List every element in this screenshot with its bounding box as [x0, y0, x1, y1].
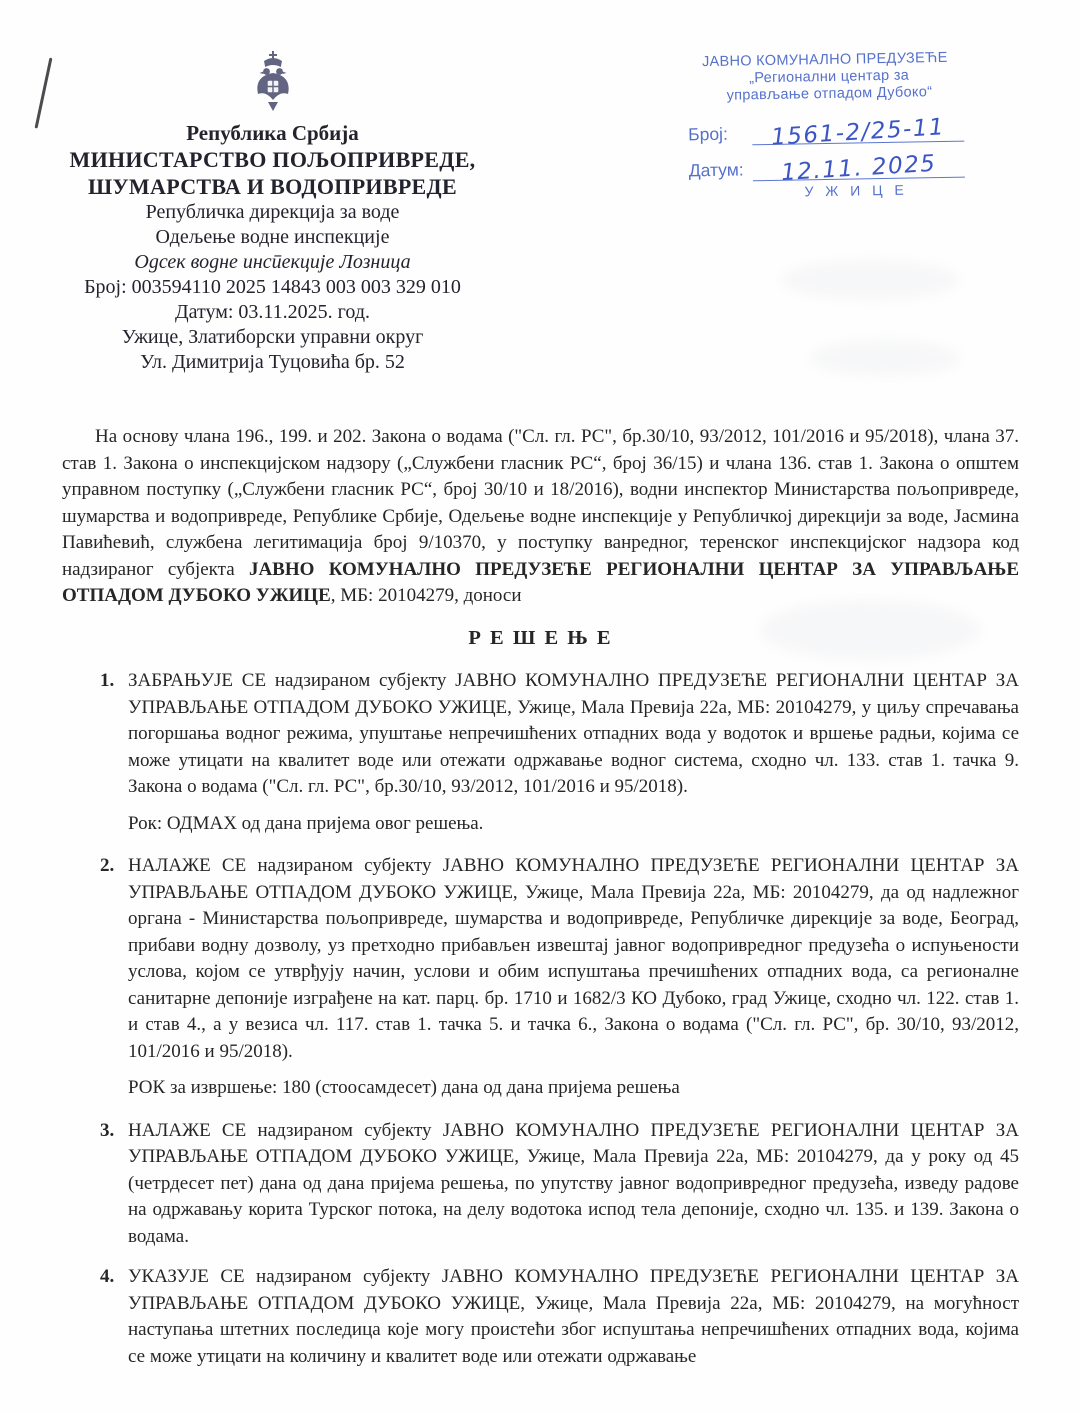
letterhead-directorate: Републичка дирекција за воде	[0, 200, 545, 225]
item-text: УКАЗУЈЕ СЕ надзираном субјекту ЈАВНО КОМ…	[128, 1264, 1019, 1370]
scan-smudge	[780, 260, 960, 300]
stamp-organization: ЈАВНО КОМУНАЛНО ПРЕДУЗЕЋЕ „Регионални це…	[687, 50, 964, 106]
letterhead: Република Србија МИНИСТАРСТВО ПОЉОПРИВРЕ…	[0, 50, 545, 375]
decision-item-3: 3. НАЛАЖЕ СЕ надзираном субјекту ЈАВНО К…	[62, 1118, 1019, 1251]
decision-item-2: 2. НАЛАЖЕ СЕ надзираном субјекту ЈАВНО К…	[62, 853, 1019, 1065]
stamp-number-label: Број:	[688, 123, 752, 146]
item-number: 4.	[100, 1264, 128, 1370]
document-title: Р Е Ш Е Њ Е	[62, 625, 1019, 652]
letterhead-section: Одсек водне инспекције Лозница	[0, 250, 545, 275]
item-number: 3.	[100, 1118, 128, 1251]
receipt-stamp: ЈАВНО КОМУНАЛНО ПРЕДУЗЕЋЕ „Регионални це…	[687, 50, 966, 202]
item-text: ЗАБРАЊУЈЕ СЕ надзираном субјекту ЈАВНО К…	[128, 668, 1019, 801]
legal-basis-paragraph: На основу члана 196., 199. и 202. Закона…	[62, 424, 1019, 610]
scan-smudge	[810, 340, 960, 376]
handwritten-number: 1561-2/25-11	[752, 114, 965, 151]
deadline-line-1: Рок: ОДМАХ од дана пријема овог решења.	[128, 811, 1019, 838]
stamp-number-line: 1561-2/25-11	[752, 115, 964, 146]
item-text: НАЛАЖЕ СЕ надзираном субјекту ЈАВНО КОМУ…	[128, 1118, 1019, 1251]
decision-item-1: 1. ЗАБРАЊУЈЕ СЕ надзираном субјекту ЈАВН…	[62, 668, 1019, 801]
letterhead-department: Одељење водне инспекције	[0, 225, 545, 250]
item-number: 2.	[100, 853, 128, 1065]
scanned-document-page: Република Србија МИНИСТАРСТВО ПОЉОПРИВРЕ…	[0, 0, 1080, 1414]
stamp-date-line: 12.11. 2025	[752, 151, 964, 182]
item-number: 1.	[100, 668, 128, 801]
letterhead-date: Датум: 03.11.2025. год.	[0, 300, 545, 325]
decision-item-4: 4. УКАЗУЈЕ СЕ надзираном субјекту ЈАВНО …	[62, 1264, 1019, 1370]
letterhead-city: Ужице, Златиборски управни округ	[0, 325, 545, 350]
letterhead-address: Ул. Димитрија Туцовића бр. 52	[0, 350, 545, 375]
document-body: На основу члана 196., 199. и 202. Закона…	[62, 424, 1019, 1384]
item-text: НАЛАЖЕ СЕ надзираном субјекту ЈАВНО КОМУ…	[128, 853, 1019, 1065]
letterhead-ministry-1: МИНИСТАРСТВО ПОЉОПРИВРЕДЕ,	[0, 146, 545, 173]
stamp-org-line: управљање отпадом Дубоко“	[695, 84, 963, 106]
deadline-line-2: РОК за извршење: 180 (стоосамдесет) дана…	[128, 1075, 1019, 1102]
serbia-coat-of-arms-icon	[0, 50, 545, 118]
letterhead-ministry-2: ШУМАРСТВА И ВОДОПРИВРЕДЕ	[0, 173, 545, 200]
stamp-date-label: Датум:	[689, 159, 753, 182]
stamp-city: У Ж И Ц Е	[689, 181, 965, 202]
letterhead-case-number: Број: 003594110 2025 14843 003 003 329 0…	[0, 275, 545, 300]
stamp-date-row: Датум: 12.11. 2025	[689, 151, 965, 183]
letterhead-country: Република Србија	[0, 120, 545, 146]
stamp-number-row: Број: 1561-2/25-11	[688, 115, 964, 147]
